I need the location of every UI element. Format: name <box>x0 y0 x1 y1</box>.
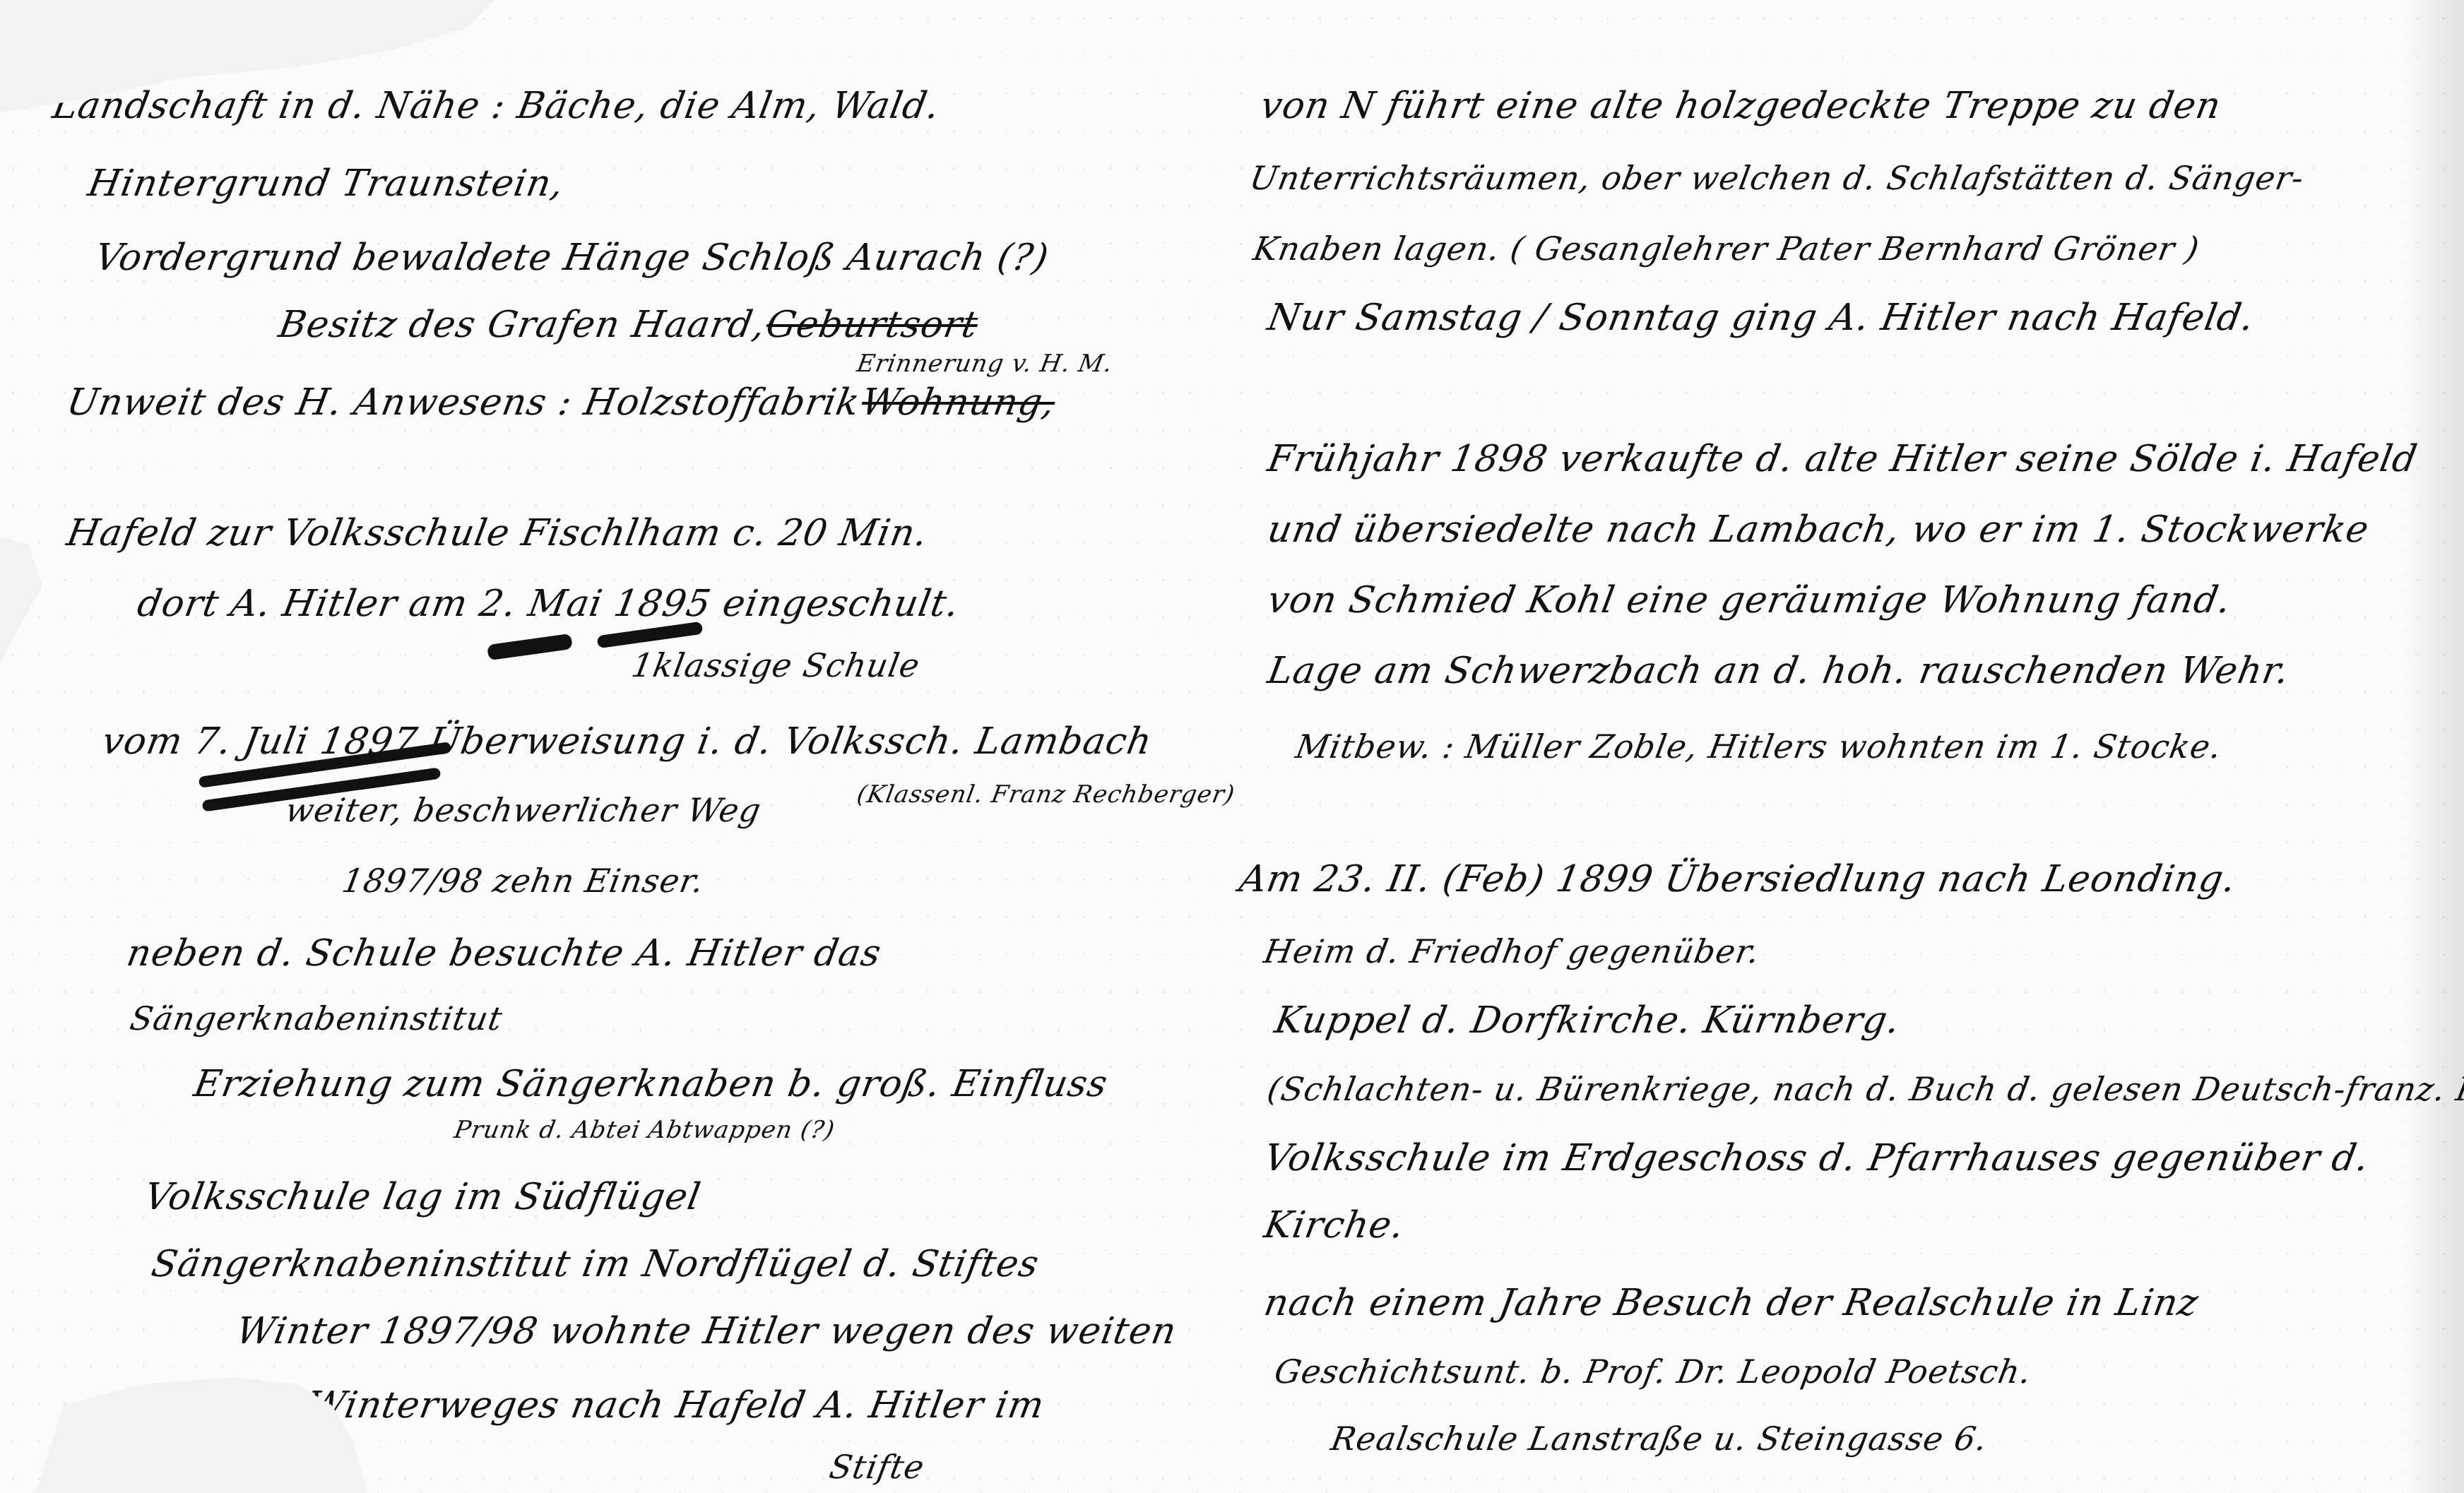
note-line: Lage am Schwerzbach an d. hoh. rauschend… <box>1264 650 2293 692</box>
note-line: Besitz des Grafen Haard, <box>276 304 769 346</box>
note-line: Stifte <box>827 1448 928 1486</box>
note-line: Realschule Lanstraße u. Steingasse 6. <box>1328 1420 1991 1458</box>
note-line: Volksschule lag im Südflügel <box>141 1176 704 1218</box>
note-line: Winterweges nach Hafeld A. Hitler im <box>304 1384 1048 1427</box>
note-line: Hintergrund Traunstein, <box>85 162 567 205</box>
note-line: Landschaft in d. Nähe : Bäche, die Alm, … <box>49 85 943 127</box>
note-line: Nur Samstag / Sonntag ging A. Hitler nac… <box>1264 297 2258 339</box>
note-line: Winter 1897/98 wohnte Hitler wegen des w… <box>233 1310 1180 1352</box>
note-line: (Schlachten- u. Bürenkriege, nach d. Buc… <box>1264 1070 2464 1108</box>
struck-note: Wohnung, <box>858 381 1059 424</box>
note-line: Mitbew. : Müller Zoble, Hitlers wohnten … <box>1293 727 2225 766</box>
struck-note: Geburtsort <box>763 304 981 346</box>
note-line: Kirche. <box>1261 1204 1408 1247</box>
note-line: Unweit des H. Anwesens : Holzstoffabrik <box>64 381 863 424</box>
note-line: 1897/98 zehn Einser. <box>339 862 707 900</box>
note-line: Erziehung zum Sängerknaben b. groß. Einf… <box>191 1063 1111 1105</box>
margin-note: Erinnerung v. H. M. <box>855 350 1115 378</box>
note-line: Volksschule im Erdgeschoss d. Pfarrhause… <box>1261 1137 2373 1179</box>
note-line: Sängerknabeninstitut im Nordflügel d. St… <box>148 1243 1042 1285</box>
note-line: Frühjahr 1898 verkaufte d. alte Hitler s… <box>1264 438 2421 480</box>
ink-scribble <box>596 621 703 649</box>
note-line: Geschichtsunt. b. Prof. Dr. Leopold Poet… <box>1272 1352 2034 1391</box>
note-line: Prunk d. Abtei Abtwappen (?) <box>452 1116 837 1144</box>
note-line: Knaben lagen. ( Gesanglehrer Pater Bernh… <box>1250 230 2203 268</box>
note-line: Sängerknabeninstitut <box>127 999 506 1037</box>
ink-scribble <box>487 634 573 660</box>
note-line: dort A. Hitler am 2. Mai 1895 eingeschul… <box>134 583 963 625</box>
scanned-page: Landschaft in d. Nähe : Bäche, die Alm, … <box>0 0 2464 1493</box>
note-line: von N führt eine alte holzgedeckte Trepp… <box>1257 85 2225 127</box>
note-line: und übersiedelte nach Lambach, wo er im … <box>1264 508 2372 551</box>
note-line: Vordergrund bewaldete Hänge Schloß Aurac… <box>92 237 1052 279</box>
note-line: nach einem Jahre Besuch der Realschule i… <box>1261 1282 2202 1324</box>
note-line: von Schmied Kohl eine geräumige Wohnung … <box>1264 579 2234 621</box>
scan-edge-shadow <box>2400 0 2464 1493</box>
note-line: vom 7. Juli 1897 Überweisung i. d. Volks… <box>99 720 1155 763</box>
note-line: Hafeld zur Volksschule Fischlham c. 20 M… <box>64 512 931 554</box>
note-line: 1klassige Schule <box>629 646 923 684</box>
note-line: weiter, beschwerlicher Weg <box>283 791 764 829</box>
note-line: Kuppel d. Dorfkirche. Kürnberg. <box>1272 999 1903 1042</box>
note-line: Am 23. II. (Feb) 1899 Übersiedlung nach … <box>1236 858 2239 900</box>
note-line: Unterrichtsräumen, ober welchen d. Schla… <box>1247 159 2307 197</box>
note-line: neben d. Schule besuchte A. Hitler das <box>124 932 884 975</box>
margin-note: (Klassenl. Franz Rechberger) <box>855 780 1237 809</box>
note-line: Heim d. Friedhof gegenüber. <box>1261 932 1763 970</box>
